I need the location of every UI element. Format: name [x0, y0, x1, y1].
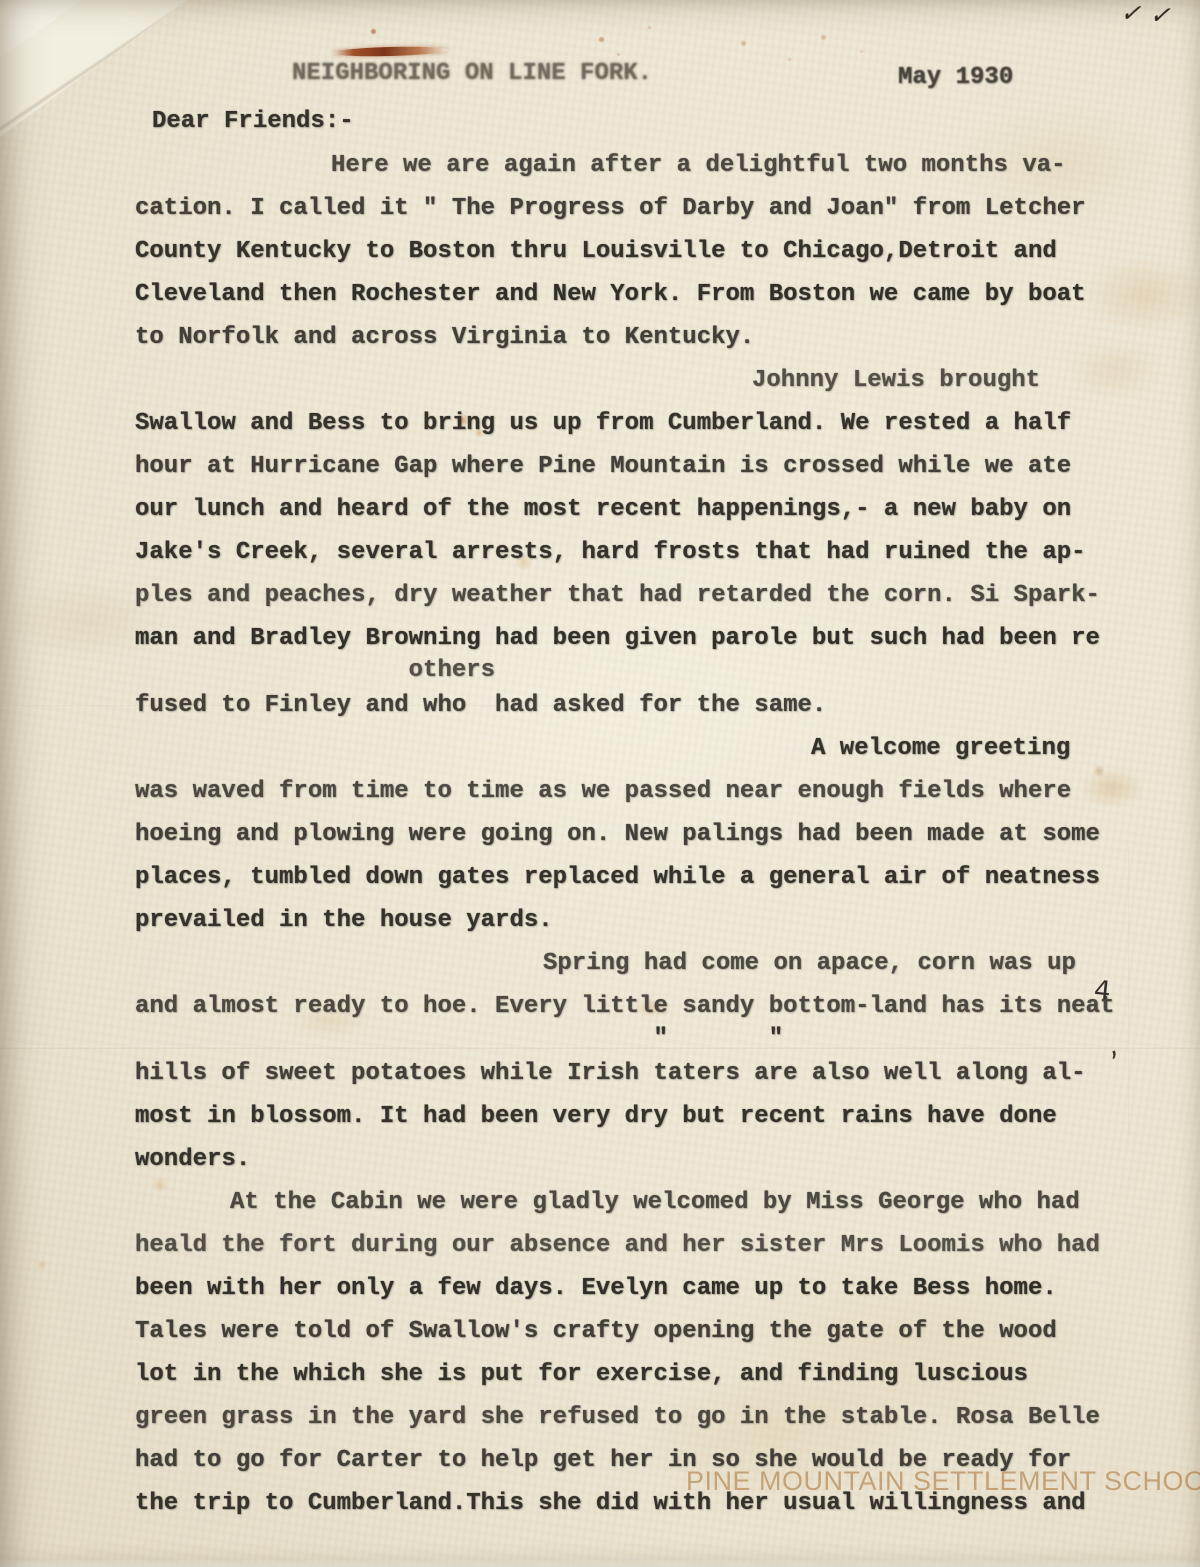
letter-line: been with her only a few days. Evelyn ca… — [135, 1269, 1114, 1312]
letter-line: ples and peaches, dry weather that had r… — [135, 576, 1114, 619]
letter-line: hoeing and plowing were going on. New pa… — [135, 815, 1114, 858]
letter-line: green grass in the yard she refused to g… — [135, 1398, 1114, 1441]
letter-line: Cleveland then Rochester and New York. F… — [135, 275, 1114, 318]
letter-page: NEIGHBORING ON LINE FORK. May 1930 Dear … — [0, 0, 1200, 1567]
letter-line: fused to Finley and who had asked for th… — [135, 686, 1114, 729]
letter-line: Here we are again after a delightful two… — [135, 146, 1114, 189]
rust-stain — [332, 45, 448, 57]
letter-line: prevailed in the house yards. — [135, 901, 1114, 944]
letter-line: was waved from time to time as we passed… — [135, 772, 1114, 815]
archive-watermark: PINE MOUNTAIN SETTLEMENT SCHOOL 2015 — [686, 1466, 1200, 1497]
letter-line: Swallow and Bess to bring us up from Cum… — [135, 404, 1114, 447]
letter-line: lot in the which she is put for exercise… — [135, 1355, 1114, 1398]
letter-line: heald the fort during our absence and he… — [135, 1226, 1114, 1269]
letter-line: and almost ready to hoe. Every little sa… — [135, 987, 1114, 1030]
letter-line: " " — [135, 1030, 1114, 1054]
rust-specks — [0, 0, 3, 3]
letter-line: Johnny Lewis brought — [135, 361, 1114, 404]
letter-line: Spring had come on apace, corn was up — [135, 944, 1114, 987]
letter-line: most in blossom. It had been very dry bu… — [135, 1097, 1114, 1140]
letter-line: County Kentucky to Boston thru Louisvill… — [135, 232, 1114, 275]
scan-edge — [0, 1559, 1200, 1567]
letter-line: cation. I called it " The Progress of Da… — [135, 189, 1114, 232]
salutation: Dear Friends:- — [152, 108, 354, 135]
handwritten-page-number: 4 — [1092, 975, 1112, 1007]
letter-line: hills of sweet potatoes while Irish tate… — [135, 1054, 1114, 1097]
letter-line: others — [135, 662, 1114, 686]
letter-line: Jake's Creek, several arrests, hard fros… — [135, 533, 1114, 576]
fold-crease-vertical — [1128, 845, 1130, 1135]
letter-line: to Norfolk and across Virginia to Kentuc… — [135, 318, 1114, 361]
letter-date: May 1930 — [898, 64, 1013, 91]
letter-line: places, tumbled down gates replaced whil… — [135, 858, 1114, 901]
letter-line: wonders. — [135, 1140, 1114, 1183]
letter-lines: Here we are again after a delightful two… — [135, 146, 1114, 1527]
handwritten-checkmarks: ✓✓ — [1118, 0, 1186, 31]
letter-line: At the Cabin we were gladly welcomed by … — [135, 1183, 1114, 1226]
letter-line: our lunch and heard of the most recent h… — [135, 490, 1114, 533]
letter-line: man and Bradley Browning had been given … — [135, 619, 1114, 662]
letter-line: A welcome greeting — [135, 729, 1114, 772]
letter-line: hour at Hurricane Gap where Pine Mountai… — [135, 447, 1114, 490]
letter-line: Tales were told of Swallow's crafty open… — [135, 1312, 1114, 1355]
letter-title: NEIGHBORING ON LINE FORK. — [292, 60, 652, 87]
